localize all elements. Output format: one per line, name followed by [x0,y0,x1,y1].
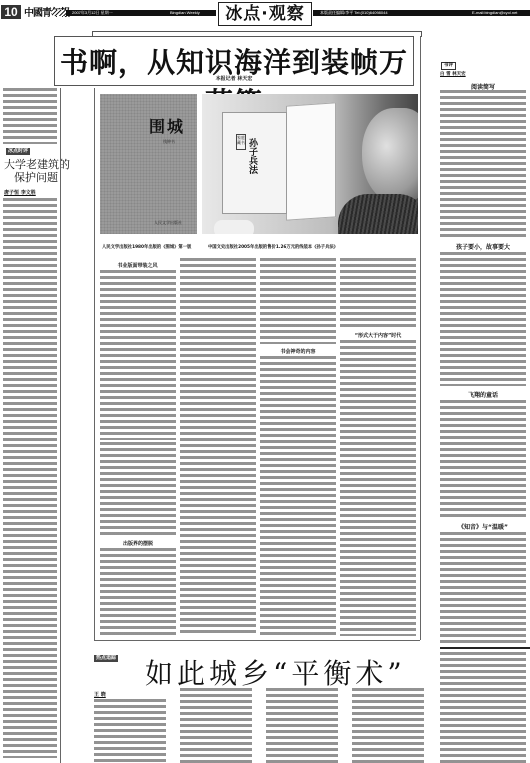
bottom-byline: 王 晓 [94,691,106,698]
photo1-caption: 人民文学出版社1980年出版的《围城》第一版 [102,244,191,250]
left-article-title: 大学老建筑的 保护问题 [4,158,58,184]
main-col4-text-a [340,258,416,328]
main-col3-text-b [260,356,336,636]
right-bottom-rule [440,647,530,649]
right-section-tag: 书评 [441,62,456,70]
english-name: Bingdian Weekly [170,10,200,16]
cover-publisher: 人民文学出版社 [154,220,182,226]
main-col2-text [180,258,256,636]
book-series-label: 家庭藏书 [236,134,246,150]
man-body [338,194,418,234]
main-col1-text-c [100,548,176,636]
main-subhead-3: 出版界的摆脱 [100,540,176,547]
masthead: 10 中國青年報 2007年3月12日 星期一 Bingdian Weekly … [0,0,530,30]
right-byline: 白 雪 林天宏 [440,71,466,77]
cover-author: 钱钟书 [163,139,175,145]
right-text-4 [440,532,526,644]
man-face [362,108,418,203]
main-byline: 本报记者 林天宏 [55,75,413,82]
main-subhead-4: “形式大于内容”时代 [340,332,416,339]
headline-box: 书啊，从知识海洋到装帧万花筒 本报记者 林天宏 [54,36,414,86]
book-title: 孙子兵法 [246,138,259,174]
photo2-caption: 中国文史出版社2005年出版的售价1.26万元的线装本《孙子兵法》 [208,244,338,250]
main-col4-text-b [340,340,416,636]
left-divider-2 [94,88,95,640]
main-col1-text-a [100,270,176,440]
left-title-line1: 大学老建筑的 [4,158,58,171]
bottom-col3-text [266,688,338,763]
hatch-decoration [52,10,66,16]
page-number: 10 [1,5,21,19]
right-divider [420,36,421,640]
cover-title: 围城 [149,114,185,137]
right-subhead-2: 孩子要小，故事要大 [440,242,526,251]
right-subhead-4: 《知音》与“温暖” [440,522,526,531]
section-title: 冰点·观察 [218,2,312,26]
left-divider [60,88,61,763]
right-text-1 [440,90,526,240]
main-article-bottom-rule [94,640,420,641]
bottom-col5-text [440,652,526,763]
left-body-text [3,198,57,758]
glove-hand [214,220,254,234]
book-cover-photo-weicheng: 围城 钱钟书 人民文学出版社 [100,94,197,234]
email-line: E-mail:bingdian@cyol.net [472,10,517,16]
main-col1-text-b [100,442,176,538]
editor-line: 本版责任编辑/李平 Tel:(010)64098044 [320,10,388,16]
left-section-tag: 冰点时评 [6,148,30,155]
bottom-col1-text [94,699,166,763]
book-photo-sunzi: 家庭藏书 孙子兵法 [202,94,418,234]
left-title-line2: 保护问题 [4,171,58,184]
left-intro-text [3,88,57,144]
main-subhead-1: 书业版面带装之风 [100,262,175,269]
bottom-col4-text [352,688,424,763]
bottom-col2-text [180,688,252,763]
bottom-headline: 如此城乡“平衡术” [145,652,406,692]
main-subhead-2: 书会神奇的内容 [260,348,336,355]
right-text-3 [440,400,526,520]
main-col3-text-a [260,258,336,344]
right-text-2 [440,252,526,386]
book-page [286,102,336,220]
right-subhead-3: 飞翔的童话 [440,390,526,399]
bottom-section-tag: 热点追踪 [94,655,118,662]
left-byline: 唐子恒 李文胜 [4,189,36,196]
date-line: 2007年3月12日 星期一 [72,10,113,16]
